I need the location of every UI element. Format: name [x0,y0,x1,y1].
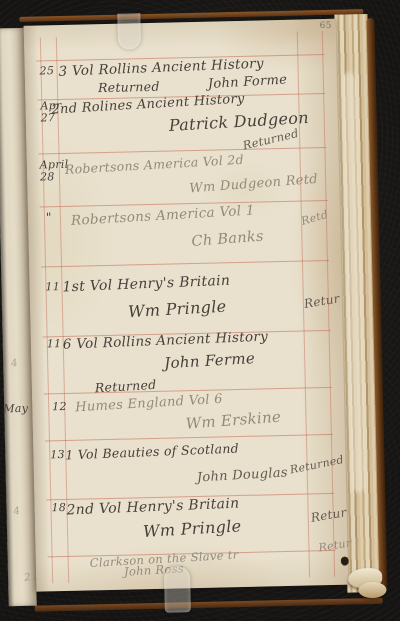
ruled-line-horizontal [41,260,329,268]
entry-margin-note: Retur [318,536,353,554]
entry-borrower-name: John Ferme [164,349,256,372]
ruled-line-horizontal [38,147,326,155]
entry-date: 18 [51,502,66,514]
entry-title: Humes England Vol 6 [75,392,223,415]
entry-borrower-name: John Douglas [196,465,288,485]
curled-page-corner [358,582,386,599]
entry-margin-note: Retur [310,505,348,525]
entry-date: 25 [39,65,54,77]
ledger-page: 65 25 3 Vol Rollins Ancient History Retu… [24,19,349,592]
book-holder-strap-bottom [164,566,191,613]
book-cover-bottom-edge [35,598,383,612]
ink-blot [341,557,349,566]
entry-borrower-name: Wm Erskine [185,408,282,433]
entry-date-month: May [3,403,28,415]
entry-date: 11 [47,338,62,350]
entry-borrower-name: Ch Banks [191,229,264,250]
book-holder-strap-top [117,13,141,50]
entry-borrower-name: Wm Pringle [128,297,227,322]
entry-date: 12 [52,401,67,413]
entry-date: 11 [45,281,60,293]
entry-title: Robertsons America Vol 1 [71,202,256,229]
entry-margin-note: Returned [289,453,345,476]
entry-borrower-name: Wm Dudgeon Retd [189,172,319,197]
entry-date: 13 [50,449,65,461]
entry-date: " [46,211,52,224]
ruled-line-horizontal [45,434,333,442]
entry-borrower-name: John Forme [208,72,288,92]
entry-margin-note: Retur [303,291,341,311]
entry-borrower-name: Wm Pringle [143,516,242,541]
photograph-of-ledger-page: 4 4 2 3 65 25 3 Vol Rollins Ancient Hist… [0,0,400,621]
entry-title: Robertsons America Vol 2d [64,152,244,177]
open-book: 4 4 2 3 65 25 3 Vol Rollins Ancient Hist… [0,12,395,605]
page-number: 65 [320,21,332,31]
entry-returned-label: Returned [98,79,160,95]
entry-title: 1st Vol Henry's Britain [62,273,230,296]
entry-returned-label: Returned [94,377,156,396]
entry-title: 1 Vol Beauties of Scotland [65,441,239,463]
